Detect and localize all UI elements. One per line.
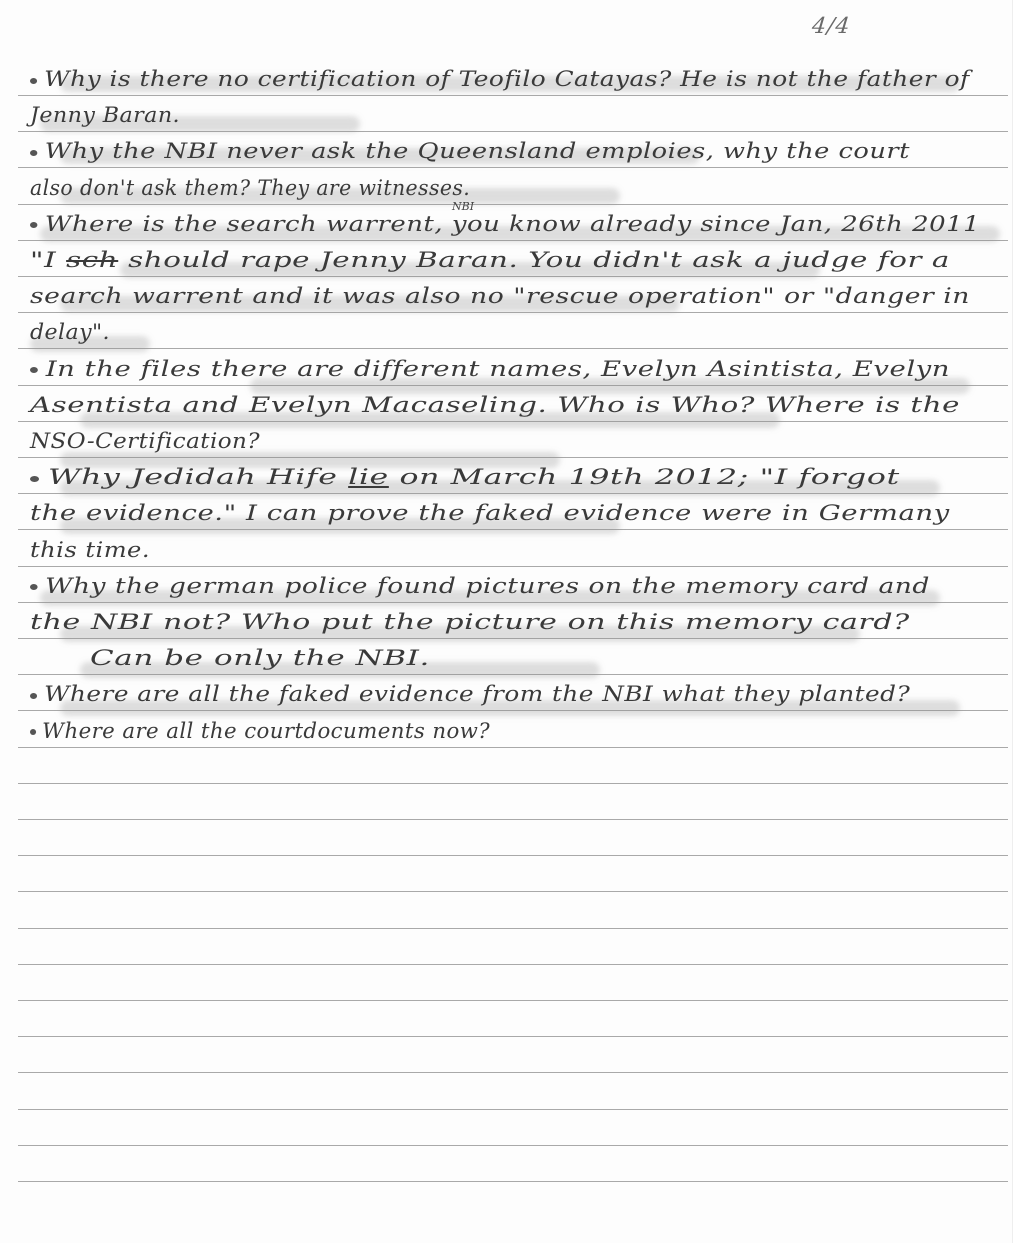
ruled-line <box>18 891 1008 892</box>
bullet-line: Why is there no certification of Teofilo… <box>30 67 970 91</box>
bullet-line: Where are all the courtdocuments now? <box>30 719 490 743</box>
line-text: this time. <box>30 538 150 562</box>
bullet-dot <box>30 476 39 482</box>
text-line: Asentista and Evelyn Macaseling. Who is … <box>30 393 960 417</box>
line-text: also don't ask them? They are witnesses. <box>30 176 470 200</box>
line-text: delay". <box>30 320 110 344</box>
text-line: delay". <box>30 320 110 344</box>
bullet-line: Why Jedidah Hife lie on March 19th 2012;… <box>30 465 900 489</box>
bullet-line: Where is the search warrent, you know al… <box>30 212 980 236</box>
line-text: Where are all the faked evidence from th… <box>44 682 910 706</box>
page-edge <box>1012 0 1024 1243</box>
ruled-line <box>18 819 1008 820</box>
line-text: Why Jedidah Hife lie on March 19th 2012;… <box>48 465 900 489</box>
bullet-line: Why the NBI never ask the Queensland emp… <box>30 139 910 163</box>
bullet-dot <box>30 584 38 590</box>
bullet-line: In the files there are different names, … <box>30 357 950 381</box>
bullet-line: Why the german police found pictures on … <box>30 574 930 598</box>
bullet-dot <box>30 729 36 735</box>
line-text: Where is the search warrent, you know al… <box>45 212 980 236</box>
ruled-line <box>18 1072 1008 1073</box>
line-text: Where are all the courtdocuments now? <box>42 719 490 743</box>
line-text: Can be only the NBI. <box>90 646 430 670</box>
line-text: the evidence." I can prove the faked evi… <box>30 501 950 525</box>
line-text: Why the NBI never ask the Queensland emp… <box>45 139 910 163</box>
line-text: NSO-Certification? <box>30 429 260 453</box>
bullet-dot <box>30 222 37 228</box>
text-line: Can be only the NBI. <box>90 646 430 670</box>
ruled-line <box>18 928 1008 929</box>
ruled-line <box>18 1145 1008 1146</box>
ruled-line <box>18 964 1008 965</box>
ruled-line <box>18 566 1008 567</box>
text-line: also don't ask them? They are witnesses. <box>30 176 470 200</box>
ruled-line <box>18 95 1008 96</box>
ruled-line <box>18 312 1008 313</box>
ruled-line <box>18 1000 1008 1001</box>
text-line: the evidence." I can prove the faked evi… <box>30 501 950 525</box>
ruled-line <box>18 747 1008 748</box>
text-line: this time. <box>30 538 150 562</box>
ruled-line <box>18 783 1008 784</box>
bullet-dot <box>30 693 37 699</box>
line-text: "I sch should rape Jenny Baran. You didn… <box>30 248 950 272</box>
ruled-line <box>18 855 1008 856</box>
line-text: Asentista and Evelyn Macaseling. Who is … <box>30 393 960 417</box>
page-number: 4/4 <box>811 14 852 39</box>
line-text: search warrent and it was also no "rescu… <box>30 284 970 308</box>
line-text: Jenny Baran. <box>30 103 180 127</box>
bullet-dot <box>30 367 38 373</box>
bullet-line: Where are all the faked evidence from th… <box>30 682 910 706</box>
ruled-line <box>18 1036 1008 1037</box>
bullet-dot <box>30 150 37 156</box>
text-line: NSO-Certification? <box>30 429 260 453</box>
text-line: the NBI not? Who put the picture on this… <box>30 610 910 634</box>
text-line: search warrent and it was also no "rescu… <box>30 284 970 308</box>
line-text: Why the german police found pictures on … <box>45 574 930 598</box>
ruled-line <box>18 1181 1008 1182</box>
text-line: Jenny Baran. <box>30 103 180 127</box>
ruled-line <box>18 167 1008 168</box>
text-line: "I sch should rape Jenny Baran. You didn… <box>30 248 950 272</box>
superscript-insertion: NBI <box>452 200 474 213</box>
line-text: Why is there no certification of Teofilo… <box>44 67 970 91</box>
ruled-line <box>18 348 1008 349</box>
bullet-dot <box>30 78 37 84</box>
ruled-line <box>18 1109 1008 1110</box>
line-text: the NBI not? Who put the picture on this… <box>30 610 910 634</box>
line-text: In the files there are different names, … <box>46 357 950 381</box>
